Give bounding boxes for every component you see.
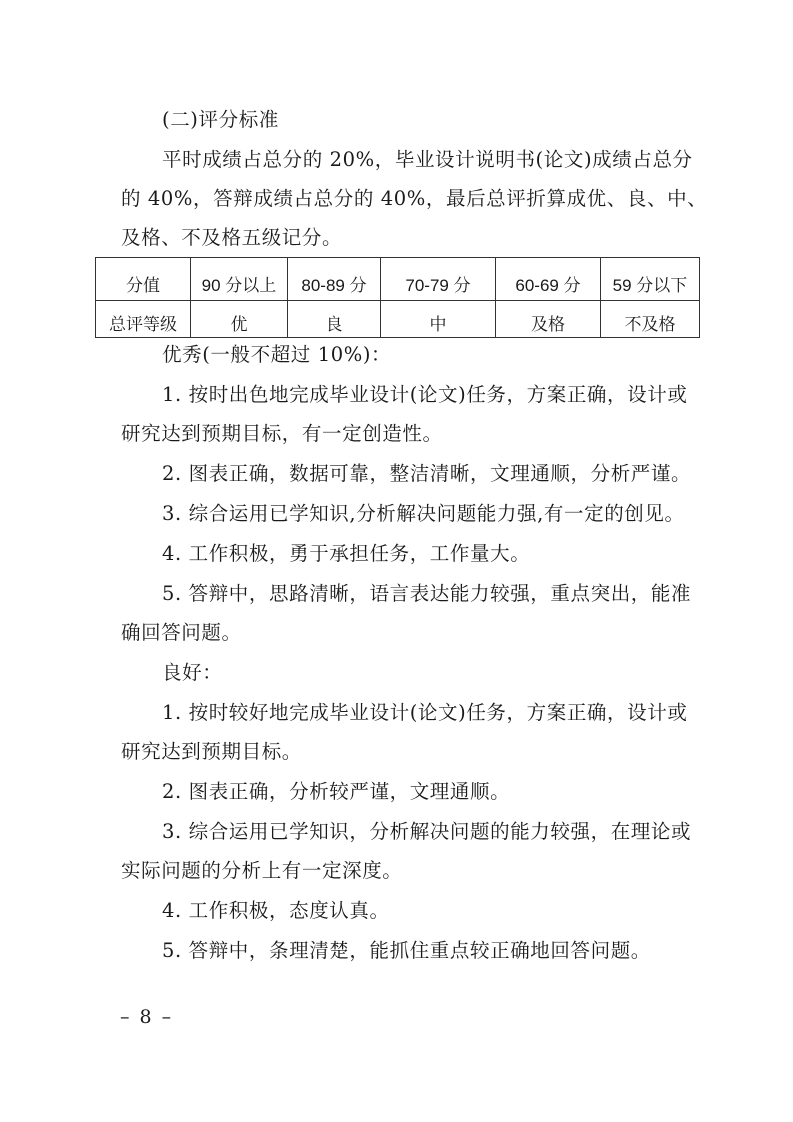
table-cell: 80-89 分 xyxy=(288,258,381,301)
excellent-heading: 优秀(一般不超过 10%)： xyxy=(162,343,391,367)
criteria-line: 1. 按时出色地完成毕业设计(论文)任务，方案正确，设计或 xyxy=(162,383,687,407)
table-cell: 90 分以上 xyxy=(191,258,288,301)
table-cell: 总评等级 xyxy=(96,301,191,338)
criteria-line: 2. 图表正确，分析较严谨，文理通顺。 xyxy=(162,780,510,804)
intro-line: 的 40%，答辩成绩占总分的 40%，最后总评折算成优、良、中、 xyxy=(121,187,707,211)
table-cell: 及格 xyxy=(496,301,601,338)
criteria-line: 2. 图表正确，数据可靠，整洁清晰，文理通顺，分析严谨。 xyxy=(162,462,691,486)
criteria-line: 1. 按时较好地完成毕业设计(论文)任务，方案正确，设计或 xyxy=(162,701,687,725)
good-heading: 良好： xyxy=(162,661,222,685)
criteria-line: 确回答问题。 xyxy=(121,621,242,645)
criteria-line: 实际问题的分析上有一定深度。 xyxy=(121,859,402,883)
score-row: 分值 90 分以上 80-89 分 70-79 分 60-69 分 59 分以下 xyxy=(96,258,700,301)
criteria-line: 研究达到预期目标。 xyxy=(121,740,302,764)
criteria-line: 4. 工作积极，态度认真。 xyxy=(162,899,390,923)
table-cell: 60-69 分 xyxy=(496,258,601,301)
table-cell: 不及格 xyxy=(601,301,700,338)
grade-table: 分值 90 分以上 80-89 分 70-79 分 60-69 分 59 分以下… xyxy=(95,257,700,338)
grade-row: 总评等级 优 良 中 及格 不及格 xyxy=(96,301,700,338)
criteria-line: 研究达到预期目标，有一定创造性。 xyxy=(121,422,443,446)
intro-line: 平时成绩占总分的 20%，毕业设计说明书(论文)成绩占总分 xyxy=(162,148,693,172)
table-cell: 中 xyxy=(381,301,496,338)
table-cell: 59 分以下 xyxy=(601,258,700,301)
table-cell: 优 xyxy=(191,301,288,338)
criteria-line: 3. 综合运用已学知识,分析解决问题能力强,有一定的创见。 xyxy=(162,502,685,526)
intro-line: 及格、不及格五级记分。 xyxy=(121,226,342,250)
criteria-line: 3. 综合运用已学知识，分析解决问题的能力较强，在理论或 xyxy=(162,820,691,844)
table-cell: 70-79 分 xyxy=(381,258,496,301)
table-cell: 良 xyxy=(288,301,381,338)
criteria-line: 4. 工作积极，勇于承担任务，工作量大。 xyxy=(162,542,530,566)
criteria-line: 5. 答辩中，思路清晰，语言表达能力较强，重点突出，能准 xyxy=(162,582,691,606)
page-number: – 8 – xyxy=(120,1006,173,1028)
section-title: (二)评分标准 xyxy=(162,108,279,132)
criteria-line: 5. 答辩中，条理清楚，能抓住重点较正确地回答问题。 xyxy=(162,939,651,963)
table-cell: 分值 xyxy=(96,258,191,301)
